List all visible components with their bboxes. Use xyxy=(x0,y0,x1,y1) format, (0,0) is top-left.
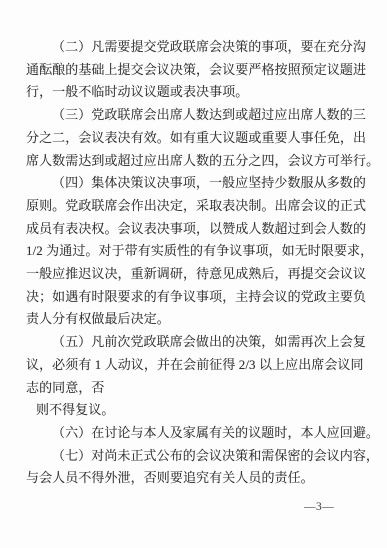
text-line: 议，必须有 1 人动议，并在会前征得 2/3 以上应出席会议同 xyxy=(26,354,369,377)
text-line: （五）凡前次党政联席会做出的决策，如需再次上会复 xyxy=(26,331,369,354)
document-page: （二）凡需要提交党政联席会决策的事项，要在充分沟 通酝酿的基础上提交会议决策，会… xyxy=(0,0,387,548)
text-line: 志的同意，否 xyxy=(26,377,369,400)
text-line: （二）凡需要提交党政联席会决策的事项，要在充分沟 xyxy=(26,36,369,59)
text-line: 一般应推迟议决，重新调研，待意见成熟后，再提交会议议 xyxy=(26,263,369,286)
text-line: 1/2 为通过。对于带有实质性的有争议事项，如无时限要求， xyxy=(26,240,369,263)
text-line: （六）在讨论与本人及家属有关的议题时，本人应回避。 xyxy=(26,422,369,445)
text-line: （七）对尚未正式公布的会议决策和需保密的会议内容， xyxy=(26,445,369,468)
text-line: 责人分有权做最后决定。 xyxy=(26,308,369,331)
text-line: 与会人员不得外泄，否则要追究有关人员的责任。 xyxy=(26,467,369,490)
document-body: （二）凡需要提交党政联席会决策的事项，要在充分沟 通酝酿的基础上提交会议决策，会… xyxy=(26,36,369,490)
page-number: —3— xyxy=(304,501,334,513)
text-line: 成员有表决权。会议表决事项，以赞成人数超过到会人数的 xyxy=(26,218,369,241)
text-line: 原则。党政联席会作出决定，采取表决制。出席会议的正式 xyxy=(26,195,369,218)
text-line: （三）党政联席会出席人数达到或超过应出席人数的三 xyxy=(26,104,369,127)
text-line: （四）集体决策议决事项，一般应坚持少数服从多数的 xyxy=(26,172,369,195)
text-line: 决；如遇有时限要求的有争议事项，主持会议的党政主要负 xyxy=(26,286,369,309)
text-line: 通酝酿的基础上提交会议决策，会议要严格按照预定议题进 xyxy=(26,59,369,82)
text-line: 则不得复议。 xyxy=(26,399,369,422)
text-line: 行，一般不临时动议议题或表决事项。 xyxy=(26,81,369,104)
text-line: 席人数需达到或超过应出席人数的五分之四，会议方可举行。 xyxy=(26,150,369,173)
text-line: 分之二，会议表决有效。如有重大议题或重要人事任免，出 xyxy=(26,127,369,150)
